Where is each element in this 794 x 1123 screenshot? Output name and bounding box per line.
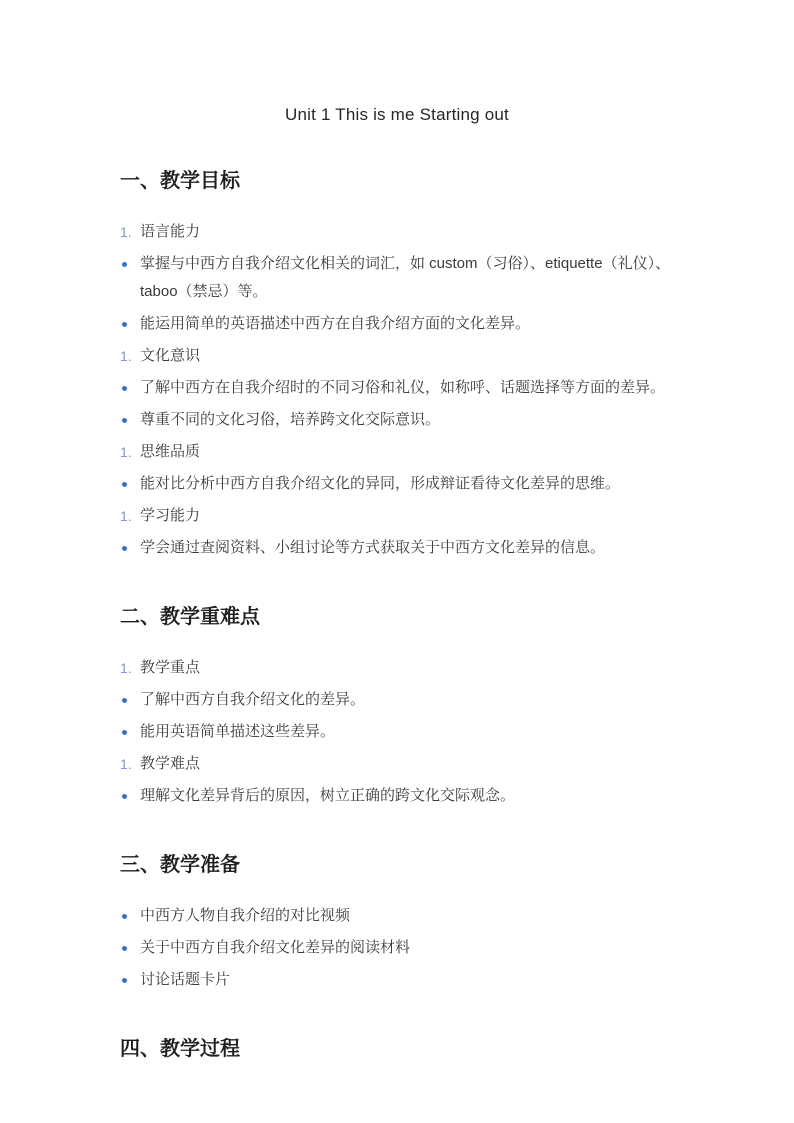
list-number: 1. bbox=[120, 654, 140, 682]
bullet-icon bbox=[120, 718, 140, 735]
section-heading: 二、教学重难点 bbox=[120, 604, 674, 630]
list-item: 1. 教学难点 bbox=[120, 750, 674, 778]
bullet-icon bbox=[120, 374, 140, 391]
list-item-text: 了解中西方自我介绍文化的差异。 bbox=[140, 686, 674, 714]
section-teaching-process: 四、教学过程 bbox=[120, 1036, 674, 1062]
list-item: 了解中西方自我介绍文化的差异。 bbox=[120, 686, 674, 714]
list-item-text: 学习能力 bbox=[140, 502, 674, 530]
bullet-icon bbox=[120, 966, 140, 983]
list-item: 掌握与中西方自我介绍文化相关的词汇，如 custom（习俗）、etiquette… bbox=[120, 250, 674, 306]
list-item: 能用英语简单描述这些差异。 bbox=[120, 718, 674, 746]
bullet-icon bbox=[120, 250, 140, 267]
list-item: 1. 思维品质 bbox=[120, 438, 674, 466]
list-item-text: 思维品质 bbox=[140, 438, 674, 466]
document-page: Unit 1 This is me Starting out 一、教学目标 1.… bbox=[0, 0, 794, 1123]
list-item-text: 语言能力 bbox=[140, 218, 674, 246]
bullet-icon bbox=[120, 782, 140, 799]
list-number: 1. bbox=[120, 502, 140, 530]
bullet-icon bbox=[120, 934, 140, 951]
bullet-icon bbox=[120, 406, 140, 423]
list-item: 1. 语言能力 bbox=[120, 218, 674, 246]
bullet-icon bbox=[120, 686, 140, 703]
bullet-icon bbox=[120, 902, 140, 919]
list-item: 能运用简单的英语描述中西方在自我介绍方面的文化差异。 bbox=[120, 310, 674, 338]
section-teaching-goals: 一、教学目标 1. 语言能力 掌握与中西方自我介绍文化相关的词汇，如 custo… bbox=[120, 168, 674, 562]
list-item-text: 能用英语简单描述这些差异。 bbox=[140, 718, 674, 746]
bullet-icon bbox=[120, 534, 140, 551]
list-number: 1. bbox=[120, 750, 140, 778]
list-item-text: 教学重点 bbox=[140, 654, 674, 682]
list-number: 1. bbox=[120, 438, 140, 466]
list-item-text: 掌握与中西方自我介绍文化相关的词汇，如 custom（习俗）、etiquette… bbox=[140, 250, 674, 306]
list-item: 1. 教学重点 bbox=[120, 654, 674, 682]
section-teaching-preparation: 三、教学准备 中西方人物自我介绍的对比视频 关于中西方自我介绍文化差异的阅读材料… bbox=[120, 852, 674, 994]
list-item-text: 尊重不同的文化习俗，培养跨文化交际意识。 bbox=[140, 406, 674, 434]
list-item: 中西方人物自我介绍的对比视频 bbox=[120, 902, 674, 930]
list-item: 能对比分析中西方自我介绍文化的异同，形成辩证看待文化差异的思维。 bbox=[120, 470, 674, 498]
list-item: 理解文化差异背后的原因，树立正确的跨文化交际观念。 bbox=[120, 782, 674, 810]
bullet-icon bbox=[120, 310, 140, 327]
list-item-text: 教学难点 bbox=[140, 750, 674, 778]
list-item-text: 学会通过查阅资料、小组讨论等方式获取关于中西方文化差异的信息。 bbox=[140, 534, 674, 562]
section-heading: 四、教学过程 bbox=[120, 1036, 674, 1062]
list-item-text: 能对比分析中西方自我介绍文化的异同，形成辩证看待文化差异的思维。 bbox=[140, 470, 674, 498]
list-item: 讨论话题卡片 bbox=[120, 966, 674, 994]
list-item: 尊重不同的文化习俗，培养跨文化交际意识。 bbox=[120, 406, 674, 434]
list-item-text: 关于中西方自我介绍文化差异的阅读材料 bbox=[140, 934, 674, 962]
list-item: 关于中西方自我介绍文化差异的阅读材料 bbox=[120, 934, 674, 962]
list-item-text: 能运用简单的英语描述中西方在自我介绍方面的文化差异。 bbox=[140, 310, 674, 338]
section-key-difficult-points: 二、教学重难点 1. 教学重点 了解中西方自我介绍文化的差异。 能用英语简单描述… bbox=[120, 604, 674, 810]
list-number: 1. bbox=[120, 342, 140, 370]
list-item: 1. 学习能力 bbox=[120, 502, 674, 530]
list-item-text: 文化意识 bbox=[140, 342, 674, 370]
bullet-icon bbox=[120, 470, 140, 487]
section-heading: 一、教学目标 bbox=[120, 168, 674, 194]
section-heading: 三、教学准备 bbox=[120, 852, 674, 878]
list-item-text: 理解文化差异背后的原因，树立正确的跨文化交际观念。 bbox=[140, 782, 674, 810]
list-item: 了解中西方在自我介绍时的不同习俗和礼仪，如称呼、话题选择等方面的差异。 bbox=[120, 374, 674, 402]
list-item-text: 讨论话题卡片 bbox=[140, 966, 674, 994]
list-number: 1. bbox=[120, 218, 140, 246]
list-item: 1. 文化意识 bbox=[120, 342, 674, 370]
document-title: Unit 1 This is me Starting out bbox=[120, 104, 674, 126]
list-item: 学会通过查阅资料、小组讨论等方式获取关于中西方文化差异的信息。 bbox=[120, 534, 674, 562]
list-item-text: 中西方人物自我介绍的对比视频 bbox=[140, 902, 674, 930]
list-item-text: 了解中西方在自我介绍时的不同习俗和礼仪，如称呼、话题选择等方面的差异。 bbox=[140, 374, 674, 402]
